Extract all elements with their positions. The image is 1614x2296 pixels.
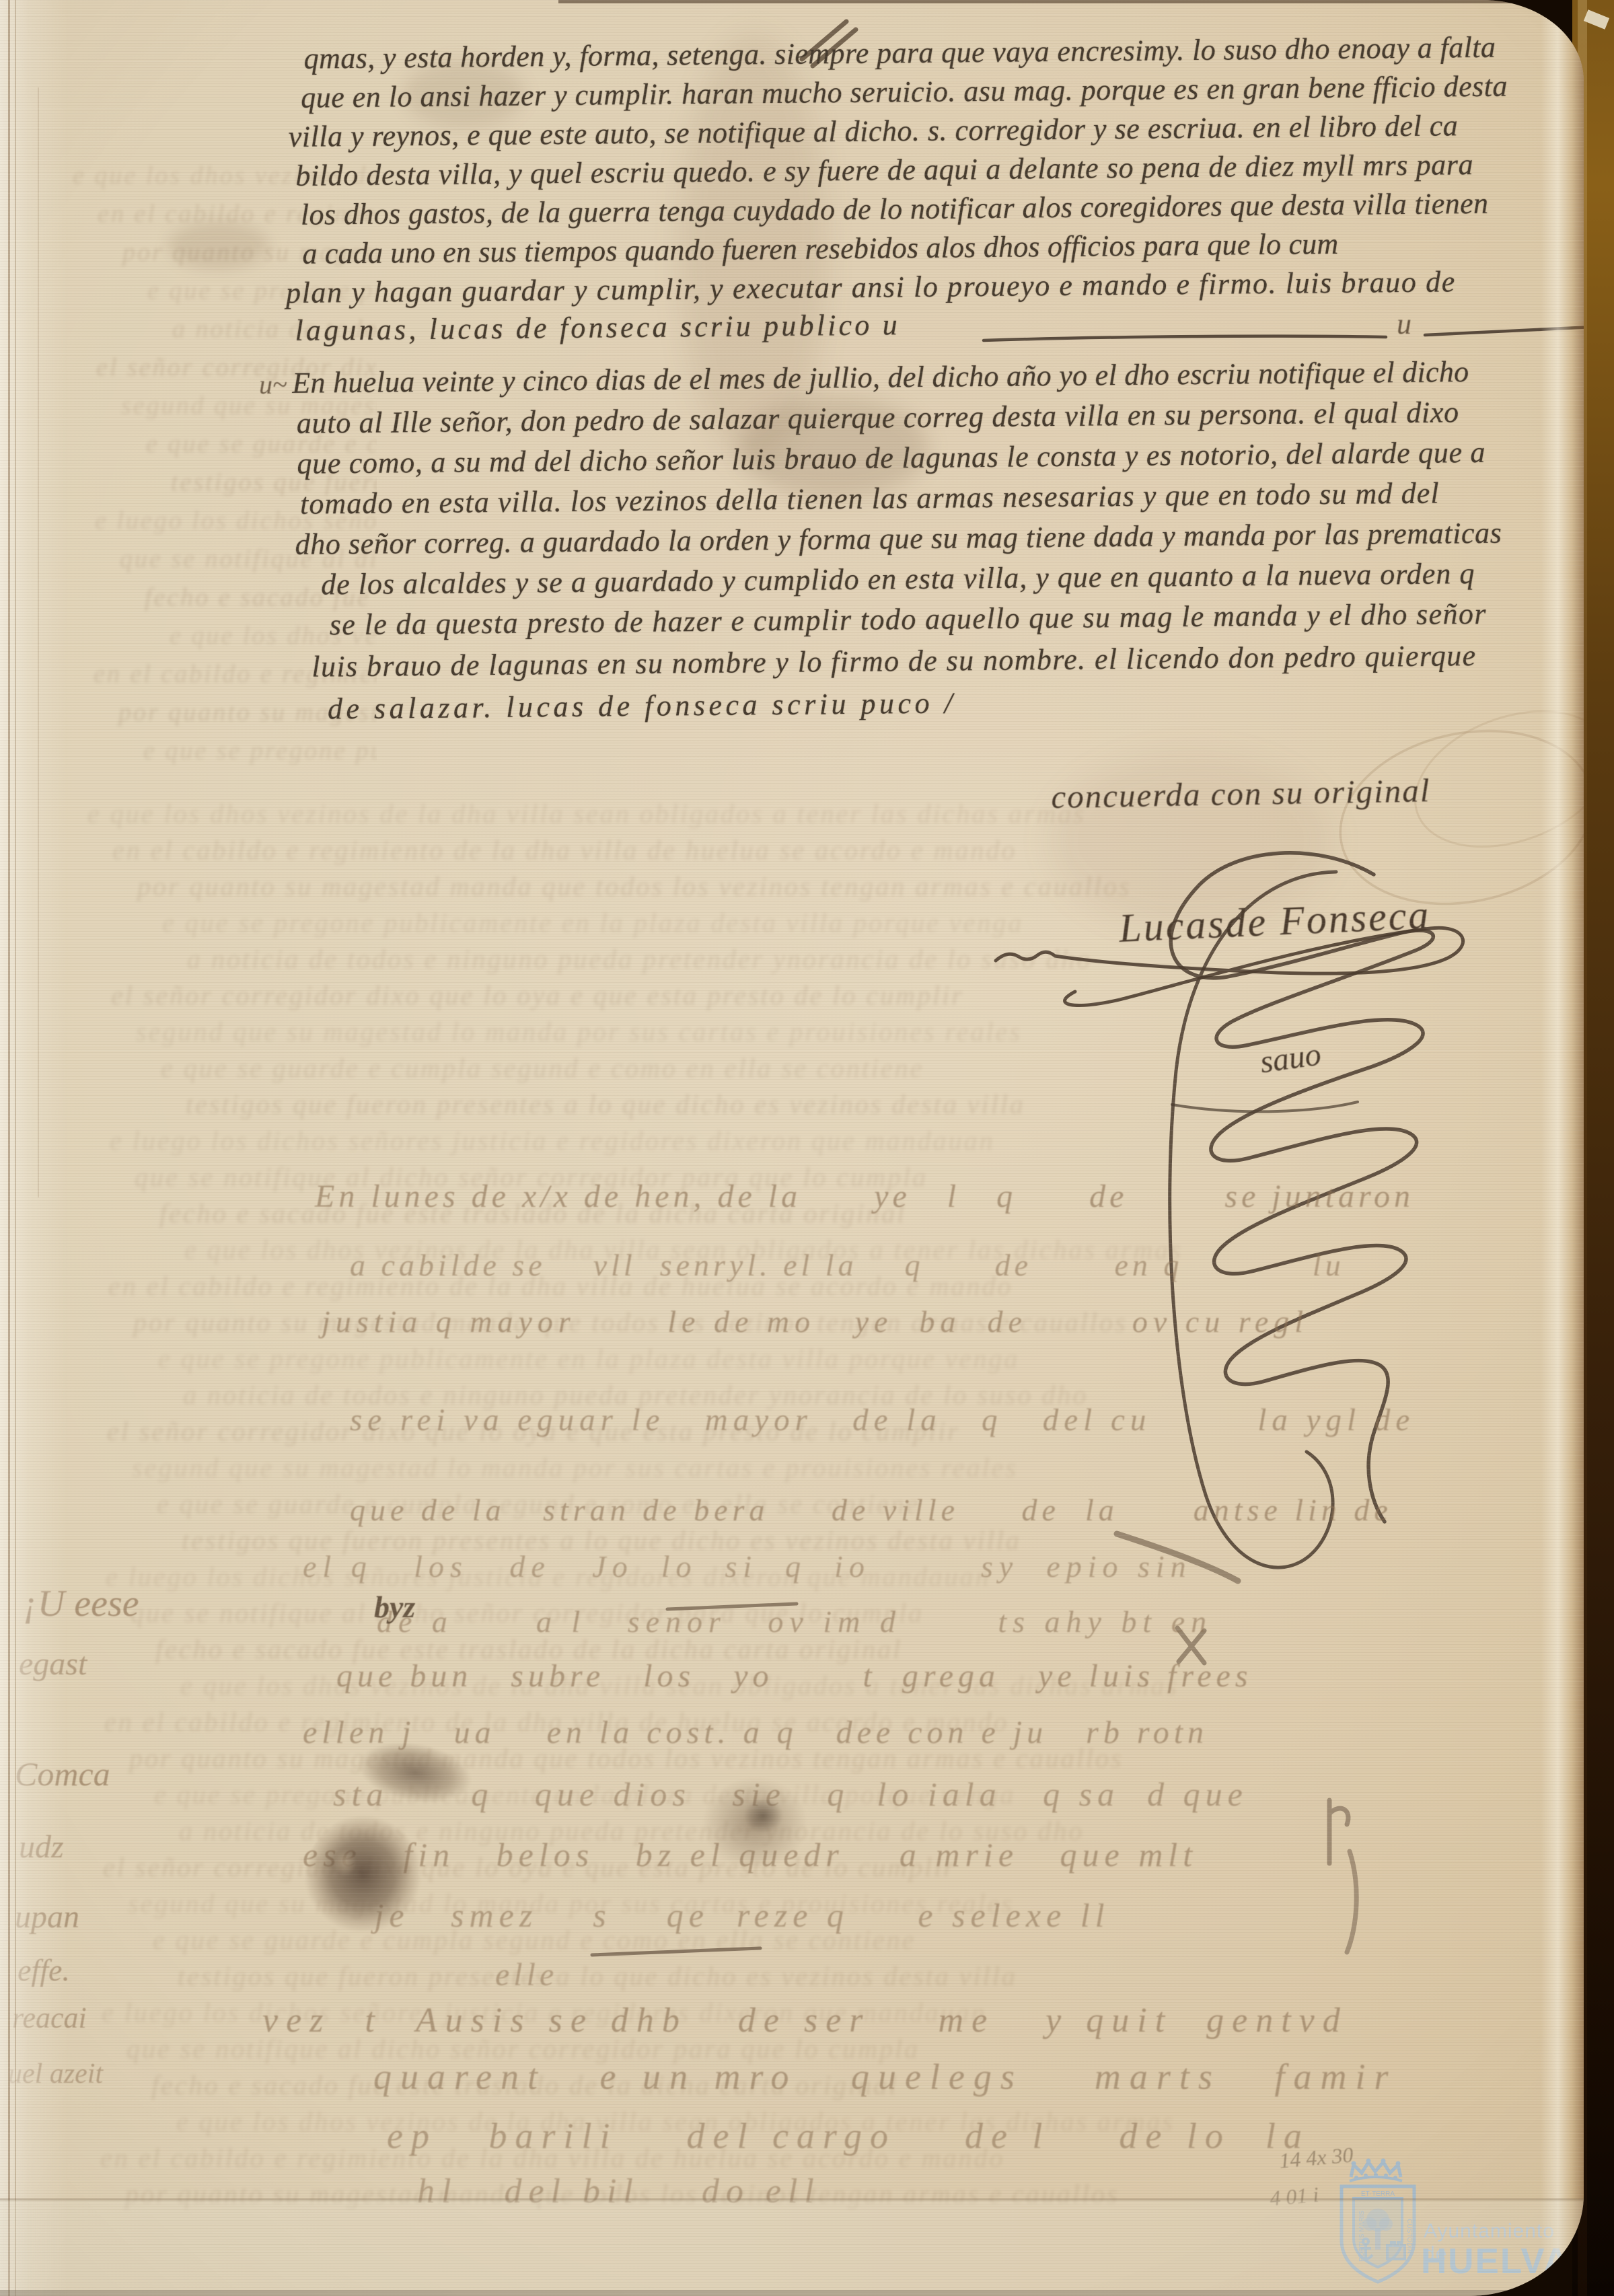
manuscript-line: que como, a su md del dicho señor luis b… [297, 438, 1485, 479]
manuscript-scan: e que los dhos vezinos de la dha villa s… [0, 0, 1614, 2296]
manuscript-line: a cada uno en sus tiempos quando fueren … [302, 229, 1338, 269]
manuscript-line: dho señor correg. a guardado la orden y … [295, 519, 1502, 560]
parchment-page: e que los dhos vezinos de la dha villa s… [0, 0, 1584, 2296]
faded-manuscript-line: ellen j ua en la cost. a q dee con e ju … [303, 1717, 1208, 1749]
marginal-note: udz [19, 1831, 64, 1863]
marginal-note: egast [19, 1648, 87, 1680]
manuscript-line: auto al Ille señor, don pedro de salazar… [297, 398, 1459, 439]
ink-annotation: u~ [259, 371, 287, 398]
signature-rubric-word: sauo [1258, 1038, 1323, 1078]
manuscript-body-text: qmas, y esta horden y, forma, setenga. s… [0, 0, 1584, 2296]
marginal-note: Comca [15, 1757, 110, 1791]
manuscript-line: se le da questa presto de hazer e cumpli… [330, 599, 1488, 640]
paragraph-notification: En huelua veinte y cinco dias de el mes … [0, 0, 1583, 3]
faded-manuscript-line: a cabilde se vll senryl. el la q de en q… [350, 1250, 1345, 1281]
faded-manuscript-line: je smez s qe reze q e selexe ll [333, 1898, 1110, 1932]
faded-manuscript-line: ese fin belos bz el quedr a mrie que mlt [303, 1838, 1198, 1872]
faded-manuscript-line: de a a l senor ov im d ts ahy bt en [377, 1606, 1212, 1637]
manuscript-line: villa y reynos, e que este auto, se noti… [289, 111, 1459, 152]
faded-manuscript-line: que bun subre los yo t grega ye luis fre… [336, 1660, 1253, 1693]
manuscript-line: qmas, y esta horden y, forma, setenga. s… [303, 33, 1496, 74]
manuscript-line: lagunas, lucas de fonseca scriu publico … [295, 310, 900, 346]
ink-annotation: byz [374, 1592, 415, 1623]
ink-annotation: u [1397, 309, 1411, 339]
manuscript-line: de los alcaldes y se a guardado y cumpli… [321, 559, 1475, 599]
marginal-note: uel azeit [8, 2060, 103, 2088]
faded-manuscript-line: que de la stran de bera de ville de la a… [350, 1495, 1393, 1526]
manuscript-line: que en lo ansi hazer y cumplir. haran mu… [301, 72, 1508, 113]
paragraph-auto-order: qmas, y esta horden y, forma, setenga. s… [0, 0, 1583, 3]
marginal-note: upan [15, 1901, 79, 1933]
manuscript-line: bildo desta villa, y quel escriu quedo. … [295, 150, 1473, 191]
marginal-note: effe. [17, 1955, 70, 1986]
faded-manuscript-line: vez t Ausis se dhb de ser me y quit gent… [262, 2003, 1348, 2038]
marginal-note: ¡U eese [23, 1585, 139, 1623]
marginal-note: reacai [12, 2003, 87, 2033]
manuscript-line: de salazar. lucas de fonseca scriu puco … [328, 688, 957, 724]
manuscript-line: luis brauo de lagunas en su nombre y lo … [311, 641, 1477, 682]
faded-manuscript-line: ep barili del cargo de l de lo la [387, 2118, 1310, 2154]
faded-manuscript-line: el q los de Jo lo si q io sy epio sin [303, 1551, 1192, 1582]
faded-manuscript-line: justia q mayor le de mo ye ba de ov cu r… [322, 1306, 1309, 1337]
manuscript-line: plan y hagan guardar y cumplir, y execut… [286, 267, 1456, 308]
faded-manuscript-line: hl del bil do ell [417, 2174, 821, 2209]
manuscript-line: tomado en esta villa. los vezinos della … [300, 479, 1440, 519]
faded-manuscript-line: sta q que dios sie q lo iala q sa d que [333, 1777, 1248, 1811]
manuscript-line: En huelua veinte y cinco dias de el mes … [292, 357, 1469, 398]
faded-manuscript-line: se rei va eguar le mayor de la q del cu … [350, 1405, 1415, 1436]
ink-annotation: 4 01 i [1269, 2184, 1319, 2209]
attestation-line: concuerda con su original [1051, 774, 1431, 813]
manuscript-line: los dhos gastos, de la guerra tenga cuyd… [301, 189, 1489, 230]
faded-manuscript-line: En lunes de x/x de hen, de la ye l q de … [315, 1181, 1414, 1213]
faded-manuscript-line: quarent e un mro quelegs marts famir [373, 2059, 1397, 2095]
faded-manuscript-line: elle [471, 1959, 558, 1991]
ink-annotation: 14 4x 30 [1278, 2143, 1354, 2171]
